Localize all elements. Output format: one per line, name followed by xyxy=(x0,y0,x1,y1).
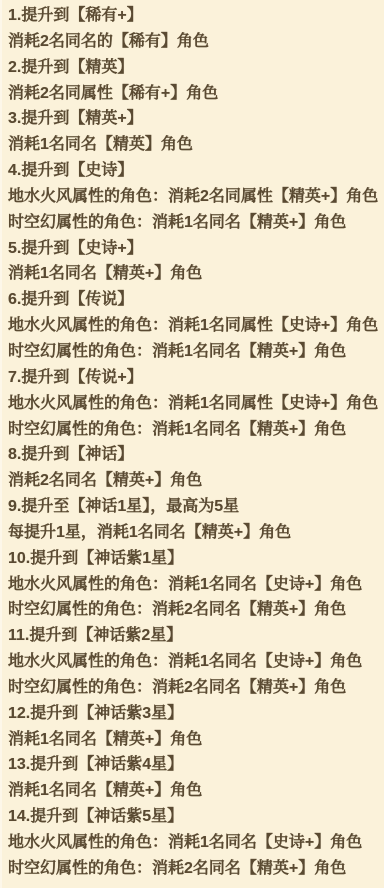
step-title: 6.提升到【传说】 xyxy=(8,287,378,313)
step-requirement: 时空幻属性的角色：消耗1名同名【精英+】角色 xyxy=(8,210,378,236)
step-requirement: 地水火风属性的角色：消耗1名同名【史诗+】角色 xyxy=(8,830,378,856)
step-requirement: 地水火风属性的角色：消耗1名同名【史诗+】角色 xyxy=(8,572,378,598)
step-requirement: 消耗2名同属性【稀有+】角色 xyxy=(8,81,378,107)
step-title: 2.提升到【精英】 xyxy=(8,55,378,81)
step-title: 1.提升到【稀有+】 xyxy=(8,3,378,29)
step-title: 13.提升到【神话紫4星】 xyxy=(8,752,378,778)
step-title: 12.提升到【神话紫3星】 xyxy=(8,701,378,727)
step-title: 3.提升到【精英+】 xyxy=(8,106,378,132)
step-title: 9.提升至【神话1星】，最高为5星 xyxy=(8,494,378,520)
step-requirement: 地水火风属性的角色：消耗2名同属性【精英+】角色 xyxy=(8,184,378,210)
step-title: 14.提升到【神话紫5星】 xyxy=(8,804,378,830)
step-requirement: 消耗1名同名【精英+】角色 xyxy=(8,261,378,287)
step-title: 10.提升到【神话紫1星】 xyxy=(8,546,378,572)
step-title: 4.提升到【史诗】 xyxy=(8,158,378,184)
step-requirement: 消耗1名同名【精英+】角色 xyxy=(8,778,378,804)
step-title: 7.提升到【传说+】 xyxy=(8,365,378,391)
step-requirement: 地水火风属性的角色：消耗1名同属性【史诗+】角色 xyxy=(8,391,378,417)
step-requirement: 地水火风属性的角色：消耗1名同属性【史诗+】角色 xyxy=(8,313,378,339)
step-requirement: 消耗1名同名【精英】角色 xyxy=(8,132,378,158)
step-requirement: 时空幻属性的角色：消耗2名同名【精英+】角色 xyxy=(8,597,378,623)
step-title: 5.提升到【史诗+】 xyxy=(8,236,378,262)
step-title: 8.提升到【神话】 xyxy=(8,442,378,468)
step-title: 11.提升到【神话紫2星】 xyxy=(8,623,378,649)
step-requirement: 消耗2名同名的【稀有】角色 xyxy=(8,29,378,55)
step-requirement: 消耗1名同名【精英+】角色 xyxy=(8,727,378,753)
step-requirement: 时空幻属性的角色：消耗1名同名【精英+】角色 xyxy=(8,417,378,443)
step-requirement: 消耗2名同名【精英+】角色 xyxy=(8,468,378,494)
step-requirement: 地水火风属性的角色：消耗1名同名【史诗+】角色 xyxy=(8,649,378,675)
step-requirement: 时空幻属性的角色：消耗1名同名【精英+】角色 xyxy=(8,339,378,365)
step-requirement: 时空幻属性的角色：消耗2名同名【精英+】角色 xyxy=(8,675,378,701)
promotion-guide-text: 1.提升到【稀有+】 消耗2名同名的【稀有】角色 2.提升到【精英】 消耗2名同… xyxy=(0,0,384,882)
step-requirement: 每提升1星，消耗1名同名【精英+】角色 xyxy=(8,520,378,546)
step-requirement: 时空幻属性的角色：消耗2名同名【精英+】角色 xyxy=(8,856,378,882)
